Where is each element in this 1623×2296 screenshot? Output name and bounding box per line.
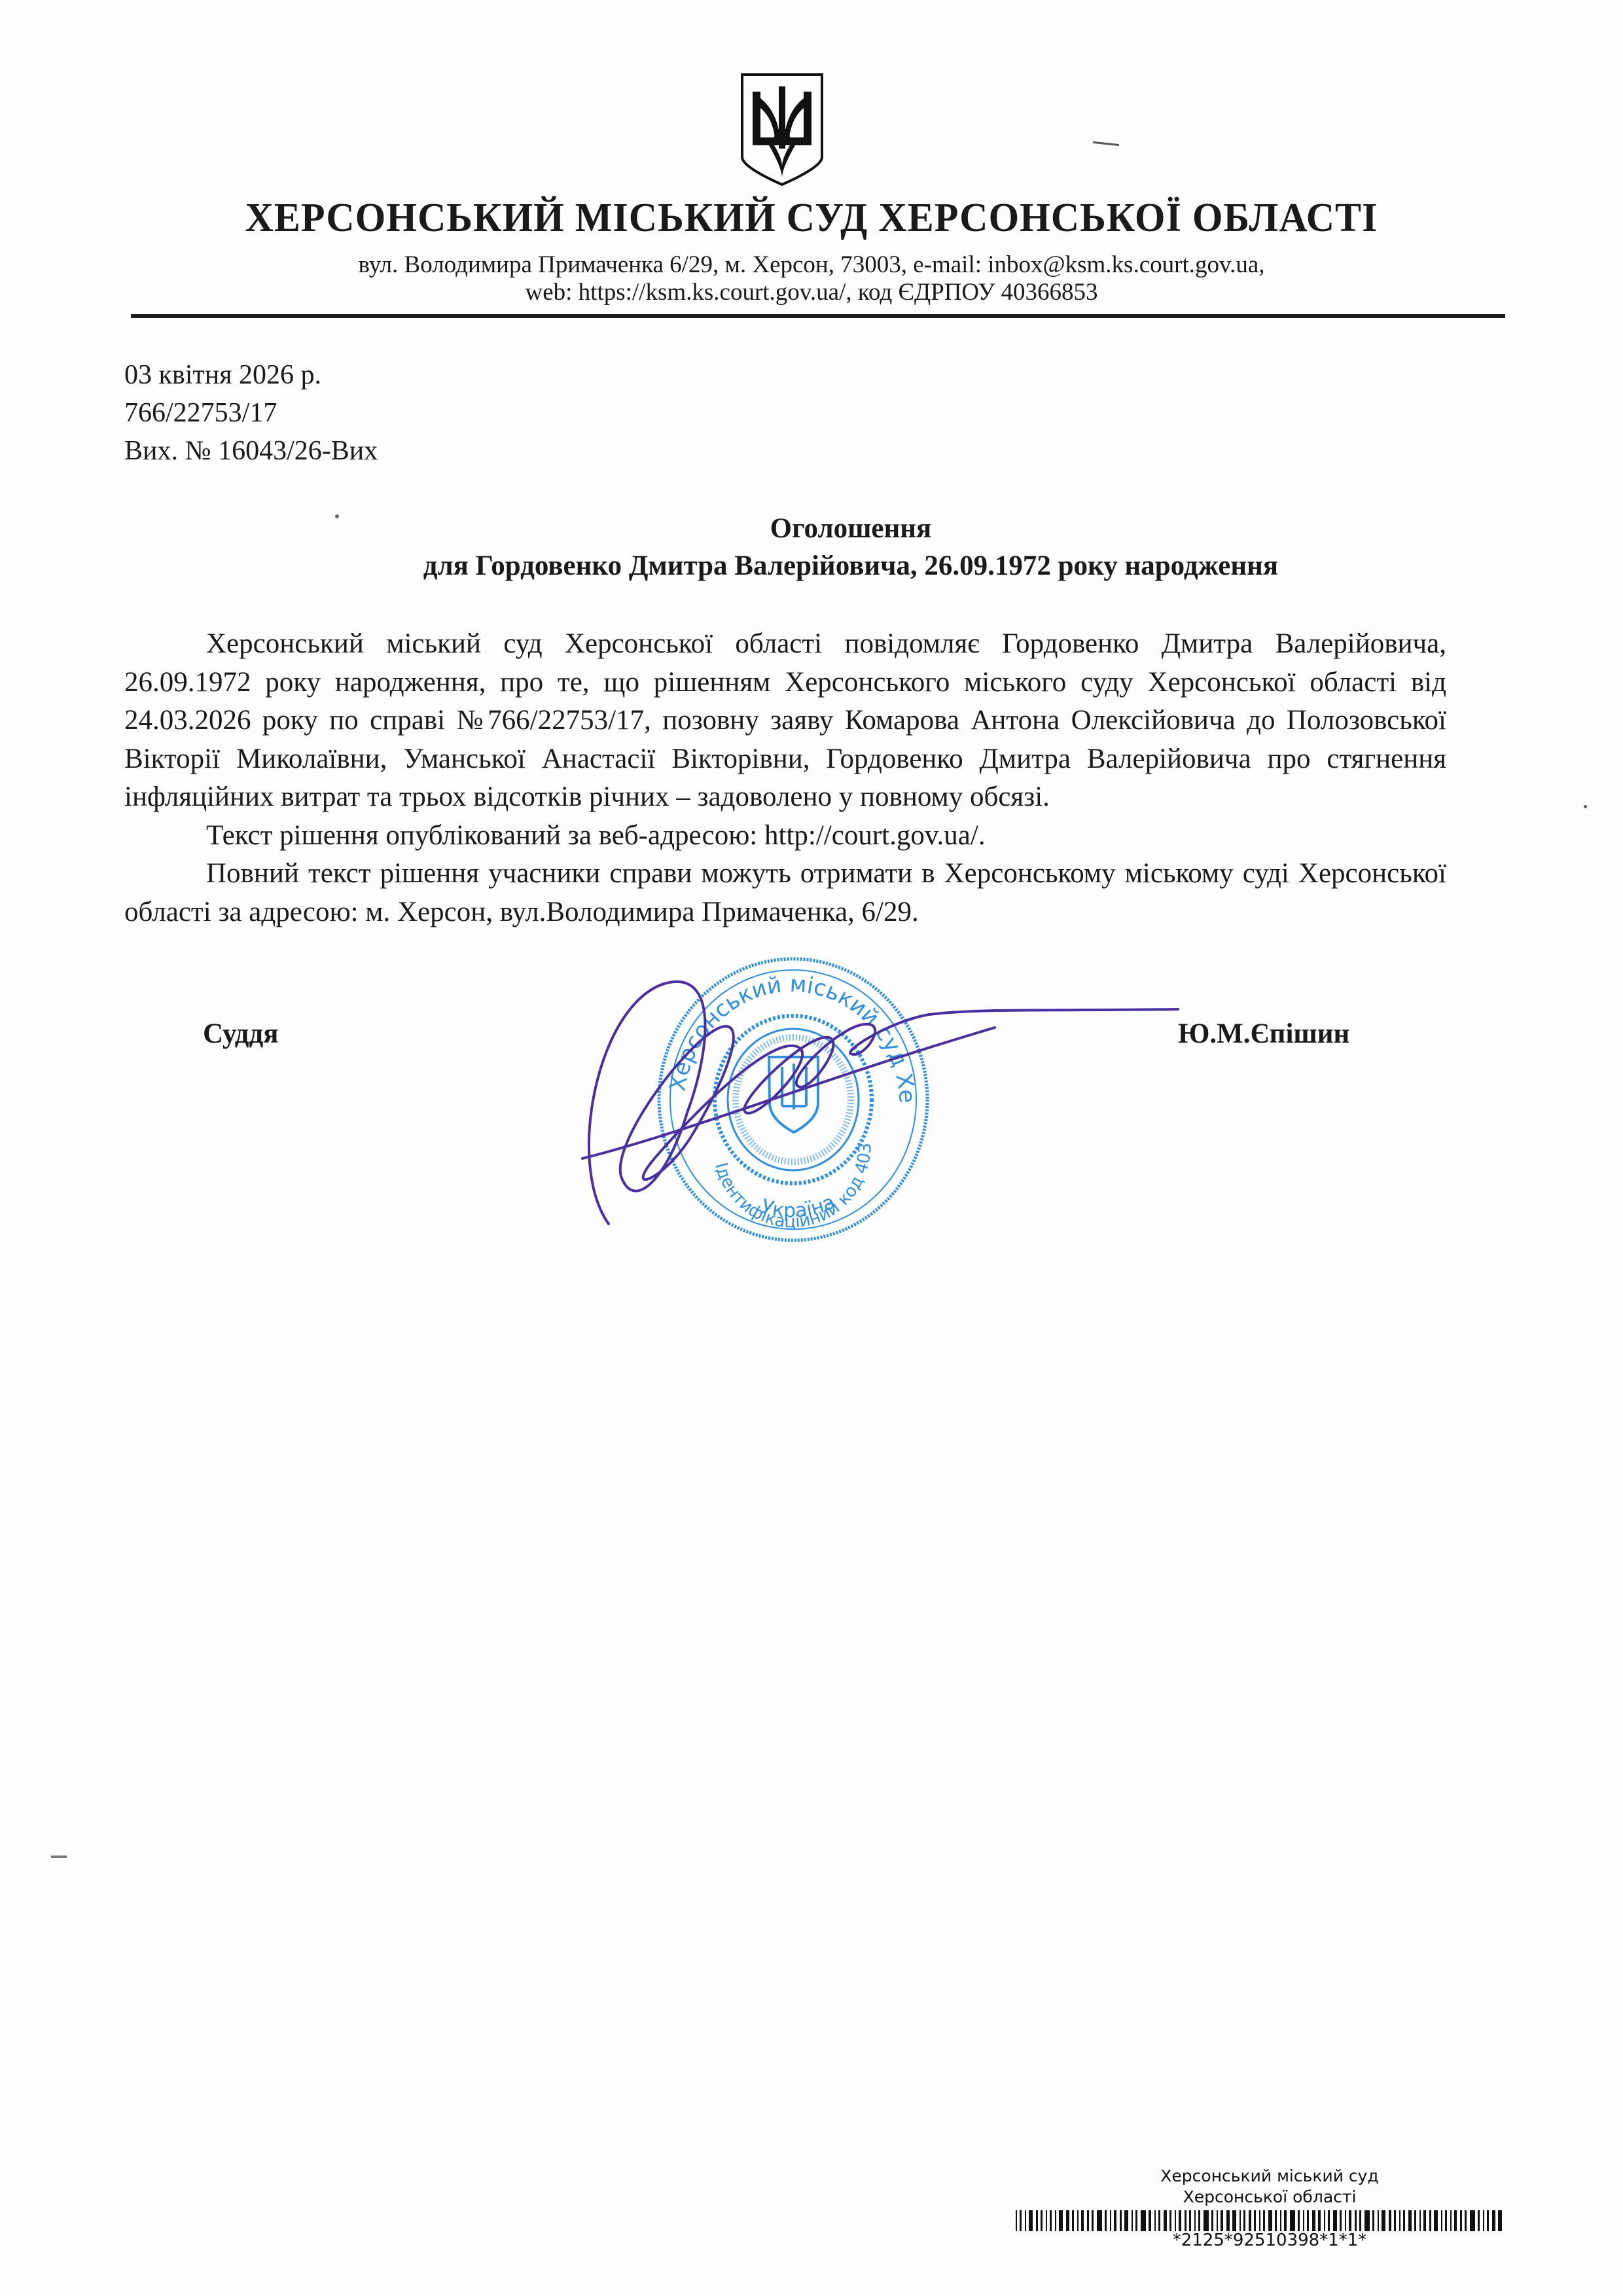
court-web-line: web: https://ksm.ks.court.gov.ua/, код Є… [0,278,1623,306]
body-paragraph: Повний текст рішення учасники справи мож… [124,855,1446,931]
announcement-body: Херсонський міський суд Херсонської обла… [124,625,1446,931]
coat-of-arms-of-ukraine-icon [740,72,825,187]
document-barcode [1016,2210,1526,2231]
barcode-org-line: Херсонської області [1014,2187,1525,2206]
announcement-subtitle: для Гордовенко Дмитра Валерійовича, 26.0… [39,550,1623,582]
scan-artifact [51,1856,67,1858]
case-number: 766/22753/17 [124,395,277,431]
barcode-number: *2125*92510398*1*1* [1014,2231,1525,2250]
outgoing-number: Вих. № 16043/26-Вих [124,433,378,469]
scan-artifact [1093,141,1119,146]
header-divider [131,314,1505,318]
body-paragraph: Текст рішення опублікований за веб-адрес… [124,817,1446,855]
signature-role-label: Суддя [203,1018,279,1050]
scan-artifact [1584,805,1587,808]
body-paragraph: Херсонський міський суд Херсонської обла… [124,625,1446,817]
document-date: 03 квітня 2026 р. [124,357,321,393]
court-address-line: вул. Володимира Примаченка 6/29, м. Херс… [0,251,1623,279]
court-name-heading: ХЕРСОНСЬКИЙ МІСЬКИЙ СУД ХЕРСОНСЬКОЇ ОБЛА… [0,194,1623,241]
announcement-title: Оголошення [39,512,1623,545]
barcode-org-line: Херсонський міський суд [1014,2166,1525,2185]
handwritten-signature [524,962,1191,1237]
judge-name: Ю.М.Єпішин [1178,1018,1349,1050]
